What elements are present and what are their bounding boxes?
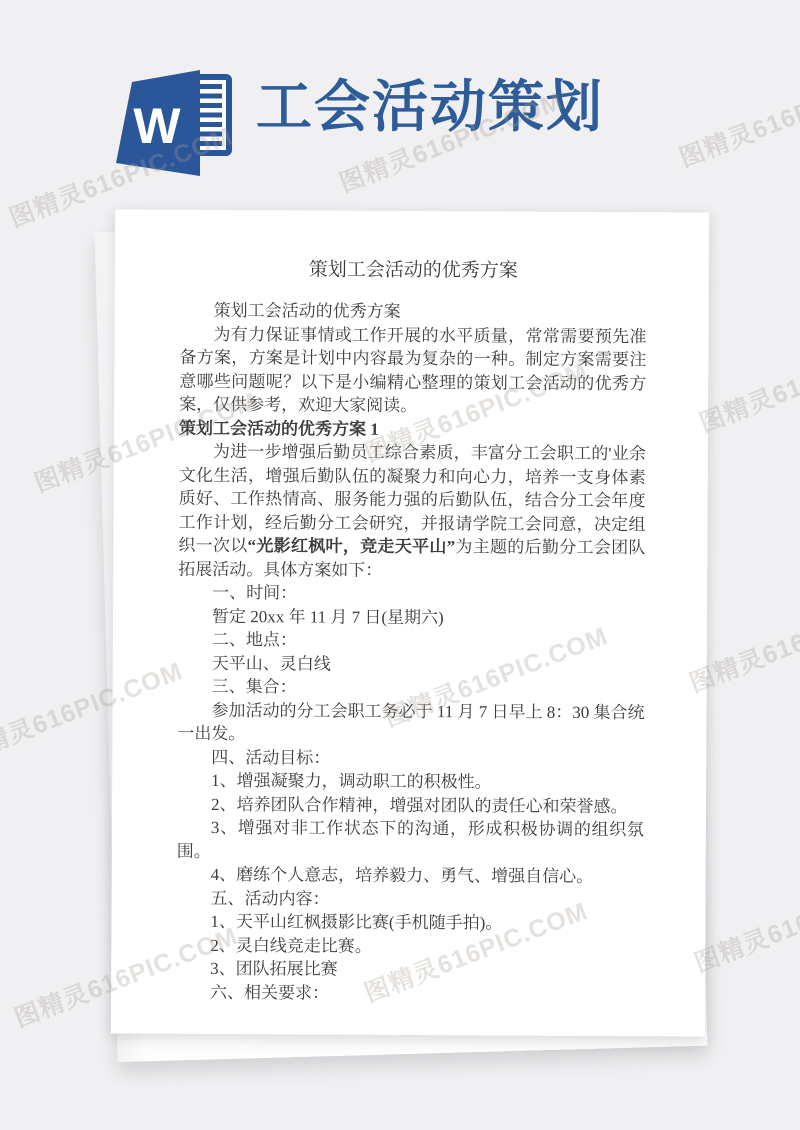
document-paragraph: 三、集合： — [178, 675, 645, 701]
document-paragraph: 天平山、灵白线 — [178, 651, 645, 677]
document-paragraph: 五、活动内容： — [176, 886, 643, 912]
paragraph-bold-quote: “光影红枫叶，竞走天平山” — [248, 536, 456, 556]
document-paragraph: 六、相关要求： — [176, 980, 643, 1006]
document-paragraph: 一、时间： — [178, 581, 645, 607]
document-paragraph: 1、增强凝聚力，调动职工的积极性。 — [177, 769, 644, 795]
document-paragraph: 为有力保证事情或工作开展的水平质量，常常需要预先准备方案，方案是计划中内容最为复… — [179, 322, 646, 418]
watermark: 图精灵616PIC.COM — [694, 321, 800, 439]
document-paragraph: 策划工会活动的优秀方案 — [180, 299, 647, 325]
ms-word-logo-graphic: W — [102, 66, 236, 180]
document-paragraph: 1、天平山红枫摄影比赛(手机随手拍)。 — [176, 910, 643, 936]
document-title: 策划工会活动的优秀方案 — [180, 258, 647, 284]
document-paragraph: 2、培养团队合作精神，增强对团队的责任心和荣誉感。 — [177, 792, 644, 818]
document-paragraph: 为进一步增强后勤员工综合素质，丰富分工会职工的'业余文化生活，增强后勤队伍的凝聚… — [178, 440, 646, 583]
document-paragraph: 参加活动的分工会职工务必于 11 月 7 日早上 8：30 集合统一出发。 — [177, 698, 644, 747]
document-paragraph: 2、灵白线竞走比赛。 — [176, 933, 643, 959]
document-paragraph: 暂定 20xx 年 11 月 7 日(星期六) — [178, 604, 645, 630]
document-paragraph: 4、磨练个人意志，培养毅力、勇气、增强自信心。 — [177, 863, 644, 889]
document-paragraph: 3、团队拓展比赛 — [176, 957, 643, 983]
page-title: 工会活动策划 — [256, 76, 604, 140]
ms-word-icon: W — [102, 66, 236, 180]
document-page: 策划工会活动的优秀方案 策划工会活动的优秀方案 为有力保证事情或工作开展的水平质… — [111, 209, 709, 1036]
document-paragraph: 四、活动目标： — [177, 745, 644, 771]
page-background: W 工会活动策划 策划工会活动的优秀方案 策划工会活动的优秀方案 为有力保证事情… — [0, 0, 800, 1130]
document-section-heading: 策划工会活动的优秀方案 1 — [179, 416, 646, 442]
document-paragraph: 3、增强对非工作状态下的沟通，形成积极协调的组织氛围。 — [177, 816, 644, 865]
svg-text:W: W — [133, 98, 181, 154]
document-paragraph: 二、地点： — [178, 628, 645, 654]
watermark: 图精灵616PIC.COM — [674, 56, 800, 174]
